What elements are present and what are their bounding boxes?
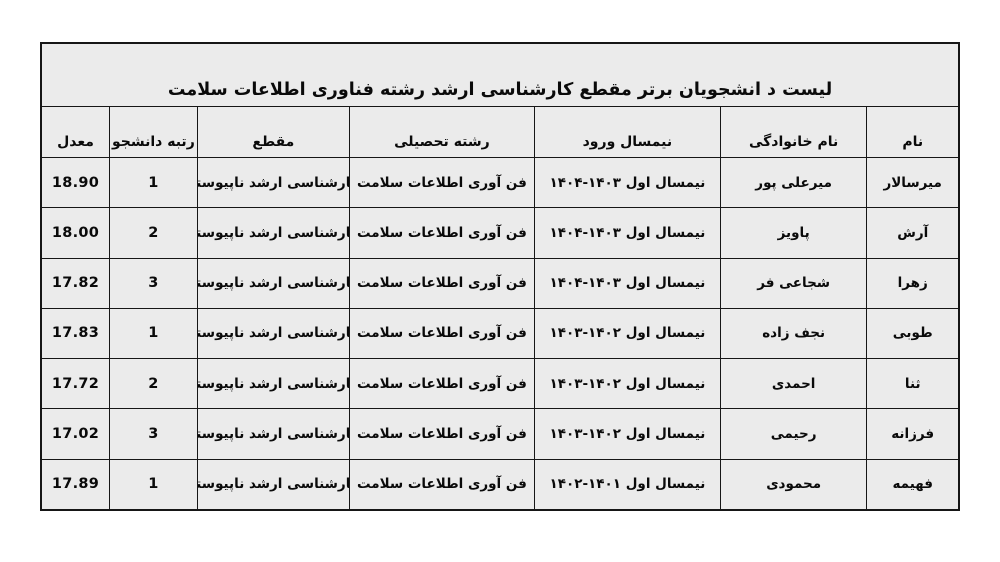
cell-family: شجاعی فر [720, 259, 867, 308]
cell-semester: نیمسال اول ۱۴۰۲-۱۴۰۳ [534, 409, 720, 458]
cell-semester: نیمسال اول ۱۴۰۲-۱۴۰۳ [534, 359, 720, 408]
cell-semester: نیمسال اول ۱۴۰۳-۱۴۰۴ [534, 208, 720, 257]
cell-semester: نیمسال اول ۱۴۰۳-۱۴۰۴ [534, 259, 720, 308]
header-field-of-study: رشته تحصیلی [349, 107, 534, 157]
cell-degree: کارشناسی ارشد ناپیوسته [197, 208, 349, 257]
cell-degree: کارشناسی ارشد ناپیوسته [197, 158, 349, 207]
cell-degree: کارشناسی ارشد ناپیوسته [197, 409, 349, 458]
cell-family: احمدی [720, 359, 867, 408]
cell-gpa: 17.89 [42, 460, 109, 509]
cell-field: فن آوری اطلاعات سلامت [349, 259, 534, 308]
cell-name: آرش [866, 208, 958, 257]
cell-gpa: 18.00 [42, 208, 109, 257]
header-family-name: نام خانوادگی [720, 107, 867, 157]
cell-name: طوبی [866, 309, 958, 358]
cell-gpa: 17.83 [42, 309, 109, 358]
table-row: آرش پاویز نیمسال اول ۱۴۰۳-۱۴۰۴ فن آوری ا… [42, 207, 958, 257]
header-gpa: معدل [42, 107, 109, 157]
cell-family: میرعلی پور [720, 158, 867, 207]
header-degree-level: مقطع [197, 107, 349, 157]
cell-field: فن آوری اطلاعات سلامت [349, 158, 534, 207]
table-row: میرسالار میرعلی پور نیمسال اول ۱۴۰۳-۱۴۰۴… [42, 157, 958, 207]
cell-rank: 3 [109, 409, 197, 458]
table-row: زهرا شجاعی فر نیمسال اول ۱۴۰۳-۱۴۰۴ فن آو… [42, 258, 958, 308]
cell-name: فرزانه [866, 409, 958, 458]
cell-semester: نیمسال اول ۱۴۰۳-۱۴۰۴ [534, 158, 720, 207]
table-row: ثنا احمدی نیمسال اول ۱۴۰۲-۱۴۰۳ فن آوری ا… [42, 358, 958, 408]
cell-semester: نیمسال اول ۱۴۰۲-۱۴۰۳ [534, 309, 720, 358]
cell-gpa: 17.02 [42, 409, 109, 458]
cell-family: پاویز [720, 208, 867, 257]
cell-field: فن آوری اطلاعات سلامت [349, 208, 534, 257]
cell-name: میرسالار [866, 158, 958, 207]
cell-field: فن آوری اطلاعات سلامت [349, 359, 534, 408]
page: لیست د انشجویان برتر مقطع کارشناسی ارشد … [0, 0, 1000, 562]
cell-degree: کارشناسی ارشد ناپیوسته [197, 460, 349, 509]
table-row: فرزانه رحیمی نیمسال اول ۱۴۰۲-۱۴۰۳ فن آور… [42, 408, 958, 458]
table-row: فهیمه محمودی نیمسال اول ۱۴۰۱-۱۴۰۲ فن آور… [42, 459, 958, 509]
cell-semester: نیمسال اول ۱۴۰۱-۱۴۰۲ [534, 460, 720, 509]
cell-family: نجف زاده [720, 309, 867, 358]
header-entry-semester: نیمسال ورود [534, 107, 720, 157]
cell-rank: 1 [109, 309, 197, 358]
cell-name: فهیمه [866, 460, 958, 509]
cell-field: فن آوری اطلاعات سلامت [349, 309, 534, 358]
header-name: نام [866, 107, 958, 157]
cell-degree: کارشناسی ارشد ناپیوسته [197, 259, 349, 308]
table-header-row: نام نام خانوادگی نیمسال ورود رشته تحصیلی… [42, 106, 958, 157]
cell-gpa: 17.72 [42, 359, 109, 408]
cell-gpa: 17.82 [42, 259, 109, 308]
cell-degree: کارشناسی ارشد ناپیوسته [197, 309, 349, 358]
cell-family: رحیمی [720, 409, 867, 458]
cell-rank: 1 [109, 158, 197, 207]
cell-field: فن آوری اطلاعات سلامت [349, 409, 534, 458]
table-row: طوبی نجف زاده نیمسال اول ۱۴۰۲-۱۴۰۳ فن آو… [42, 308, 958, 358]
cell-rank: 3 [109, 259, 197, 308]
header-student-rank: رتبه دانشجو [109, 107, 197, 157]
cell-rank: 2 [109, 359, 197, 408]
cell-family: محمودی [720, 460, 867, 509]
cell-field: فن آوری اطلاعات سلامت [349, 460, 534, 509]
top-students-table: لیست د انشجویان برتر مقطع کارشناسی ارشد … [40, 42, 960, 511]
cell-rank: 1 [109, 460, 197, 509]
cell-rank: 2 [109, 208, 197, 257]
cell-degree: کارشناسی ارشد ناپیوسته [197, 359, 349, 408]
cell-gpa: 18.90 [42, 158, 109, 207]
cell-name: ثنا [866, 359, 958, 408]
table-title: لیست د انشجویان برتر مقطع کارشناسی ارشد … [42, 44, 958, 106]
cell-name: زهرا [866, 259, 958, 308]
